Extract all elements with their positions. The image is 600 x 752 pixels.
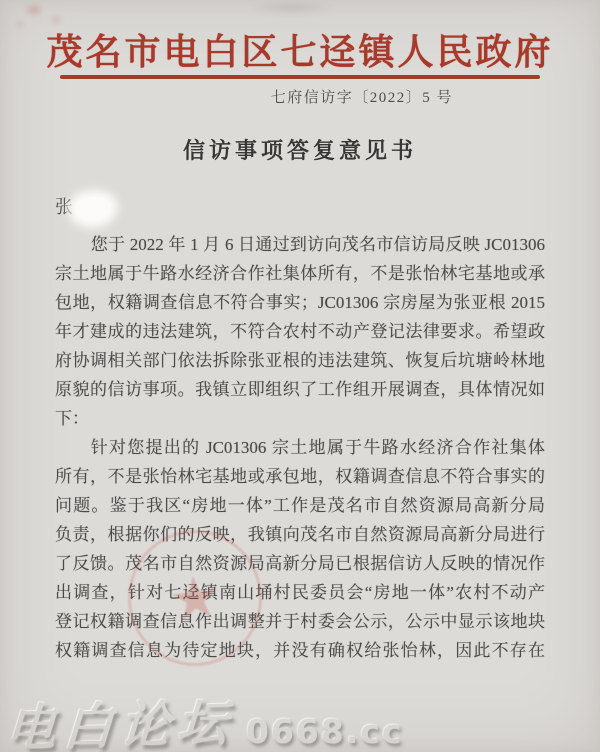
addressee-surname: 张 (55, 197, 73, 217)
paragraph-1: 您于 2022 年 1 月 6 日通过到访向茂名市信访局反映 JC01306 宗… (55, 230, 545, 433)
redacted-name-blur (75, 197, 111, 221)
text-line: 出调查，针对七迳镇南山埇村民委员会“房地一体”农村不动产 (55, 578, 545, 607)
text-line: 权籍调查信息为待定地块，并没有确权给张怡林，因此不存在 (55, 636, 545, 665)
document-body: 张 您于 2022 年 1 月 6 日通过到访向茂名市信访局反映 JC01306… (55, 193, 545, 665)
doc-number: 七府信访字〔2022〕5 号 (271, 86, 453, 107)
document-photo: 茂名市电白区七迳镇人民政府 七府信访字〔2022〕5 号 信访事项答复意见书 张… (0, 0, 600, 752)
text-line: 包地，权籍调查信息不符合事实；JC01306 宗房屋为张亚根 2015 (55, 288, 545, 317)
text-line: 所有，不是张怡林宅基地或承包地，权籍调查信息不符合事实的 (55, 462, 545, 491)
text-line: 宗土地属于牛路水经济合作社集体所有，不是张怡林宅基地或承 (55, 259, 545, 288)
letterhead-divider (60, 75, 540, 79)
watermark: 电白论坛 0668.cc (6, 700, 404, 752)
letterhead-agency: 茂名市电白区七迳镇人民政府 (0, 24, 600, 75)
watermark-forum-name: 电白论坛 (4, 697, 236, 752)
text-line: 您于 2022 年 1 月 6 日通过到访向茂名市信访局反映 JC01306 (55, 230, 545, 259)
paragraph-2: 针对您提出的 JC01306 宗土地属于牛路水经济合作社集体 所有，不是张怡林宅… (55, 433, 545, 665)
document-title: 信访事项答复意见书 (0, 134, 600, 165)
text-line: 原貌的信访事项。我镇立即组织了工作组开展调查，具体情况如 (55, 375, 545, 404)
text-line: 了反馈。茂名市自然资源局高新分局已根据信访人反映的情况作 (55, 549, 545, 578)
text-line: 问题。鉴于我区“房地一体”工作是茂名市自然资源局高新分局 (55, 491, 545, 520)
gray-smudge (222, 0, 362, 24)
text-line: 年才建成的违法建筑，不符合农村不动产登记法律要求。希望政 (55, 317, 545, 346)
text-line: 登记权籍调查信息作出调整并于村委会公示，公示中显示该地块 (55, 607, 545, 636)
text-line: 针对您提出的 JC01306 宗土地属于牛路水经济合作社集体 (55, 433, 545, 462)
text-line: 下： (55, 404, 545, 433)
addressee-row: 张 (55, 193, 545, 222)
watermark-site-url: 0668.cc (246, 715, 404, 752)
text-line: 负责，根据你们的反映，我镇向茂名市自然资源局高新分局进行 (55, 520, 545, 549)
text-line: 府协调相关部门依法拆除张亚根的违法建筑、恢复后坑塘岭林地 (55, 346, 545, 375)
